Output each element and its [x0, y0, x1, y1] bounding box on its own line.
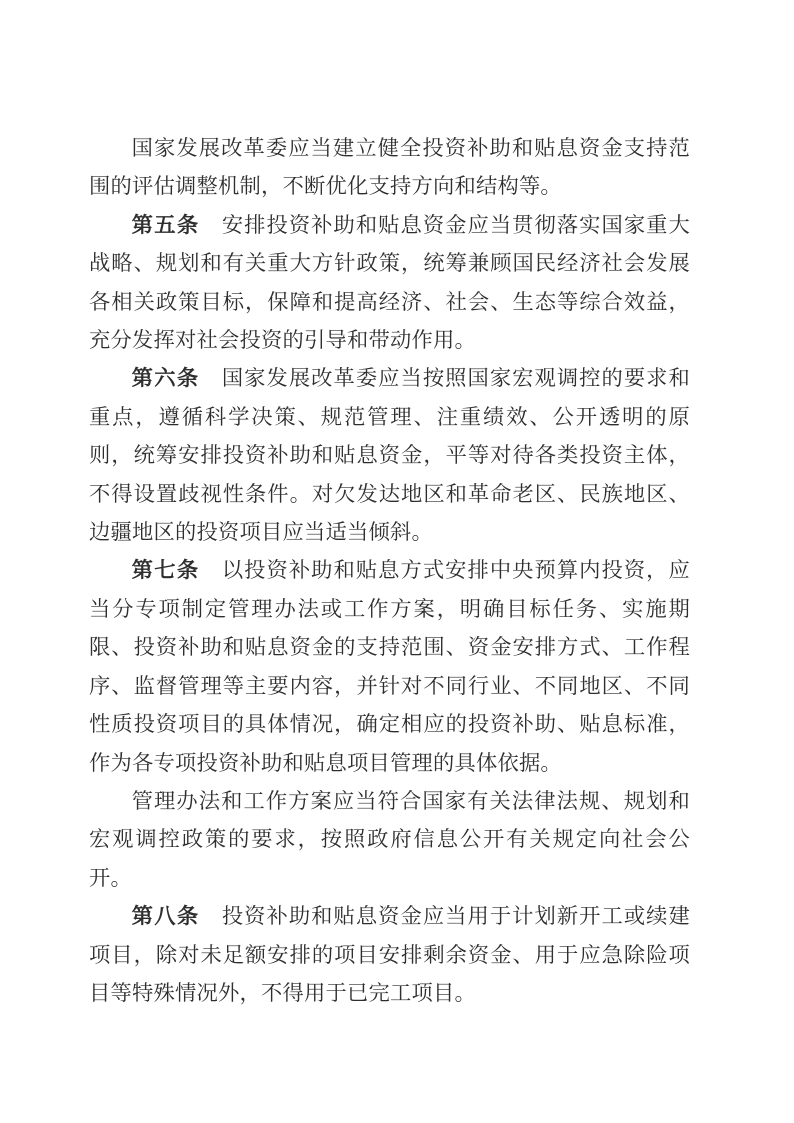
document-page: 国家发展改革委应当建立健全投资补助和贴息资金支持范围的评估调整机制，不断优化支持… [0, 0, 794, 1123]
document-body: 国家发展改革委应当建立健全投资补助和贴息资金支持范围的评估调整机制，不断优化支持… [89, 129, 690, 1012]
paragraph-plain: 管理办法和工作方案应当符合国家有关法律法规、规划和宏观调控政策的要求，按照政府信… [89, 782, 690, 897]
paragraph-text: 国家发展改革委应当按照国家宏观调控的要求和重点，遵循科学决策、规范管理、注重绩效… [89, 366, 690, 544]
article-8-paragraph: 第八条 投资补助和贴息资金应当用于计划新开工或续建项目，除对未足额安排的项目安排… [89, 897, 690, 1012]
article-7-paragraph: 第七条 以投资补助和贴息方式安排中央预算内投资，应当分专项制定管理办法或工作方案… [89, 551, 690, 781]
paragraph-text: 国家发展改革委应当建立健全投资补助和贴息资金支持范围的评估调整机制，不断优化支持… [89, 136, 690, 198]
paragraph-text: 以投资补助和贴息方式安排中央预算内投资，应当分专项制定管理办法或工作方案，明确目… [89, 558, 690, 774]
paragraph-continuation: 国家发展改革委应当建立健全投资补助和贴息资金支持范围的评估调整机制，不断优化支持… [89, 129, 690, 206]
article-6-label: 第六条 [132, 366, 200, 390]
article-7-label: 第七条 [132, 558, 200, 582]
article-5-label: 第五条 [132, 213, 200, 237]
article-6-paragraph: 第六条 国家发展改革委应当按照国家宏观调控的要求和重点，遵循科学决策、规范管理、… [89, 359, 690, 551]
paragraph-text: 管理办法和工作方案应当符合国家有关法律法规、规划和宏观调控政策的要求，按照政府信… [89, 789, 690, 890]
article-5-paragraph: 第五条 安排投资补助和贴息资金应当贯彻落实国家重大战略、规划和有关重大方针政策，… [89, 206, 690, 360]
article-8-label: 第八条 [132, 904, 200, 928]
